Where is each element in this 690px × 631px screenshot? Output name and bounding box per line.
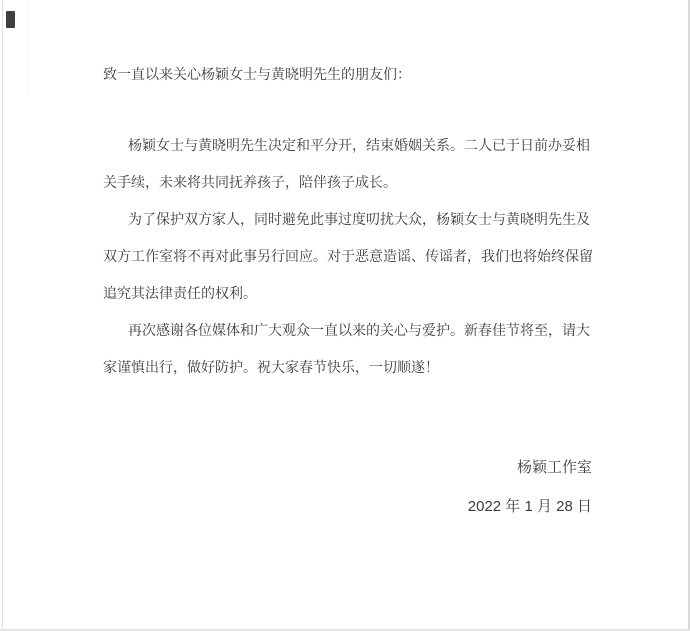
scan-artifact-mark bbox=[6, 11, 15, 28]
paragraph-1-line-2: 关手续，未来将共同抚养孩子，陪伴孩子成长。 bbox=[103, 164, 592, 201]
salutation: 致一直以来关心杨颖女士与黄晓明先生的朋友们： bbox=[103, 56, 592, 93]
page-left-inner-edge-line bbox=[27, 0, 28, 95]
paragraph-2-line-3: 追究其法律责任的权利。 bbox=[103, 275, 592, 312]
paragraph-1: 杨颖女士与黄晓明先生决定和平分开，结束婚姻关系。二人已于日前办妥相 关手续，未来… bbox=[103, 127, 592, 201]
paragraph-3-line-1: 再次感谢各位媒体和广大观众一直以来的关心与爱护。新春佳节将至，请大 bbox=[103, 312, 592, 349]
page-left-edge-line bbox=[2, 0, 3, 631]
date: 2022 年 1 月 28 日 bbox=[103, 488, 592, 525]
signature-block: 杨颖工作室 2022 年 1 月 28 日 bbox=[103, 449, 592, 525]
paragraph-3-line-2: 家谨慎出行，做好防护。祝大家春节快乐，一切顺遂！ bbox=[103, 349, 592, 386]
statement-letter-page: 致一直以来关心杨颖女士与黄晓明先生的朋友们： 杨颖女士与黄晓明先生决定和平分开，… bbox=[0, 0, 690, 631]
paragraph-3: 再次感谢各位媒体和广大观众一直以来的关心与爱护。新春佳节将至，请大 家谨慎出行，… bbox=[103, 312, 592, 386]
paragraph-1-line-1: 杨颖女士与黄晓明先生决定和平分开，结束婚姻关系。二人已于日前办妥相 bbox=[103, 127, 592, 164]
letter-body: 致一直以来关心杨颖女士与黄晓明先生的朋友们： 杨颖女士与黄晓明先生决定和平分开，… bbox=[103, 56, 592, 525]
signature: 杨颖工作室 bbox=[103, 449, 592, 486]
paragraph-2: 为了保护双方家人，同时避免此事过度叨扰大众，杨颖女士与黄晓明先生及 双方工作室将… bbox=[103, 201, 592, 312]
paragraph-2-line-2: 双方工作室将不再对此事另行回应。对于恶意造谣、传谣者，我们也将始终保留 bbox=[103, 238, 592, 275]
paragraph-2-line-1: 为了保护双方家人，同时避免此事过度叨扰大众，杨颖女士与黄晓明先生及 bbox=[103, 201, 592, 238]
